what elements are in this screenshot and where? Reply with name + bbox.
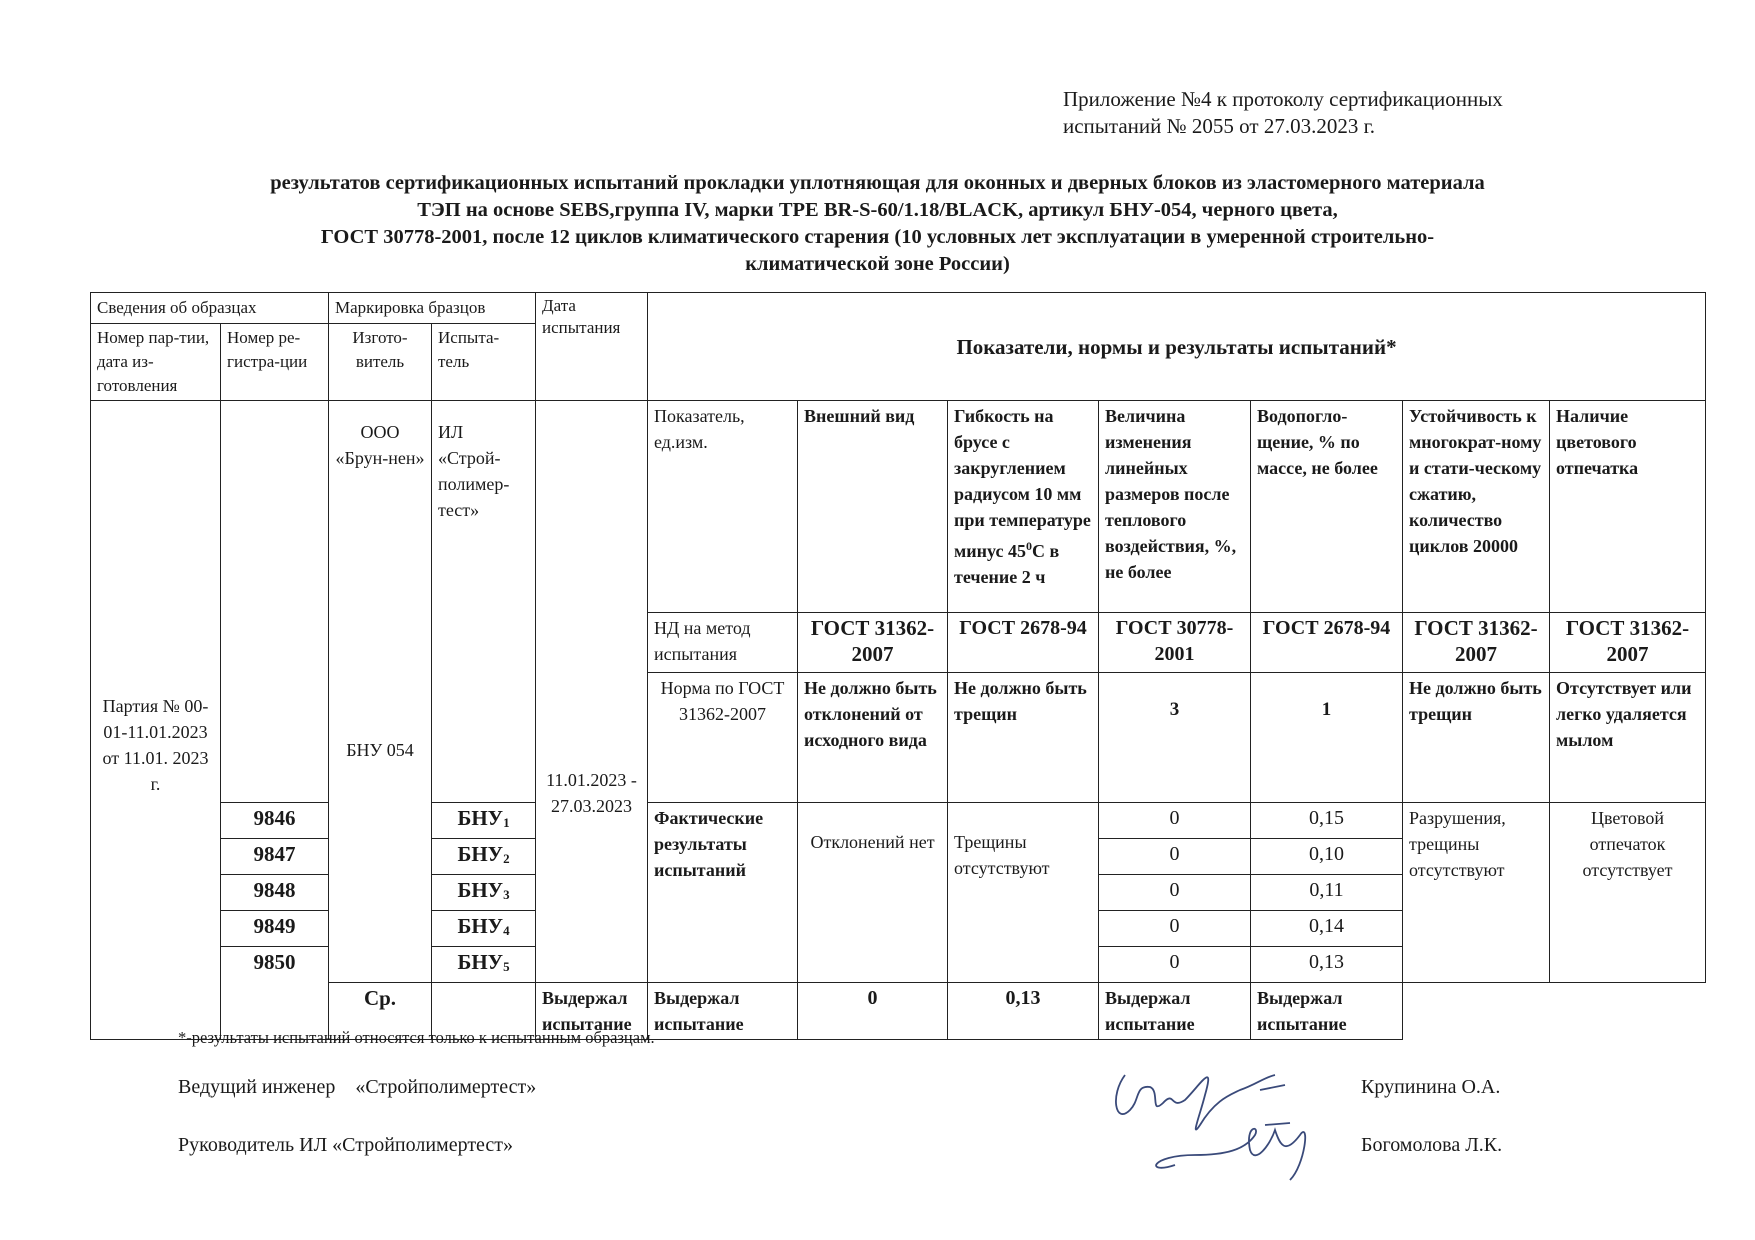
header-test-date: Дата испытания xyxy=(536,293,648,401)
actual-color-print: Цветовой отпечаток отсутствует xyxy=(1550,803,1706,983)
method-linear-change: ГОСТ 30778-2001 xyxy=(1099,613,1251,673)
water-absorption-value: 0,13 xyxy=(1251,947,1403,983)
indicator-water-absorption: Водопогло-щение, % по массе, не более xyxy=(1251,401,1403,613)
annex-line-2: испытаний № 2055 от 27.03.2023 г. xyxy=(1063,113,1503,140)
indicator-color-print: Наличие цветового отпечатка xyxy=(1550,401,1706,613)
sample-code: БНУ3 xyxy=(432,875,536,911)
reg-number: 9850 xyxy=(221,947,329,983)
annex-line-1: Приложение №4 к протоколу сертификационн… xyxy=(1063,86,1503,113)
header-marking: Маркировка бразцов xyxy=(329,293,536,324)
linear-change-value: 0 xyxy=(1099,803,1251,839)
signature-icon xyxy=(1105,1055,1335,1185)
title-line-3: ГОСТ 30778-2001, после 12 циклов климати… xyxy=(100,224,1655,251)
water-absorption-value: 0,14 xyxy=(1251,911,1403,947)
sample-code: БНУ4 xyxy=(432,911,536,947)
linear-change-value: 0 xyxy=(1099,911,1251,947)
header-reg-col: Номер ре-гистра-ции xyxy=(221,324,329,401)
verdict-compression: Выдержал испытание xyxy=(1099,983,1251,1040)
actual-compression: Разрушения, трещины отсутствуют xyxy=(1403,803,1550,983)
linear-change-value: 0 xyxy=(1099,875,1251,911)
annex-reference: Приложение №4 к протоколу сертификационн… xyxy=(1063,86,1503,140)
indicator-compression: Устойчивость к многократ-ному и стати-че… xyxy=(1403,401,1550,613)
linear-change-value: 0 xyxy=(1099,947,1251,983)
linear-change-average: 0 xyxy=(798,983,948,1040)
signatory-role-1: Ведущий инженер «Стройполимертест» xyxy=(178,1076,536,1099)
reg-number: 9847 xyxy=(221,839,329,875)
results-table: Сведения об образцах Маркировка бразцов … xyxy=(90,292,1706,1040)
actual-flexibility: Трещины отсутствуют xyxy=(948,803,1099,983)
indicator-flexibility: Гибкость на брусе с закруглением радиусо… xyxy=(948,401,1099,613)
norm-linear-change: 3 xyxy=(1099,673,1251,803)
water-absorption-average: 0,13 xyxy=(948,983,1099,1040)
reg-number: 9846 xyxy=(221,803,329,839)
method-compression: ГОСТ 31362-2007 xyxy=(1403,613,1550,673)
indicator-appearance: Внешний вид xyxy=(798,401,948,613)
document-title: результатов сертификационных испытаний п… xyxy=(100,170,1655,278)
norm-color-print: Отсутствует или легко удаляется мылом xyxy=(1550,673,1706,803)
linear-change-value: 0 xyxy=(1099,839,1251,875)
title-line-2: ТЭП на основе SEBS,группа IV, марки TPE … xyxy=(100,197,1655,224)
actual-appearance: Отклонений нет xyxy=(798,803,948,983)
actual-row-label: Фактические результаты испытаний xyxy=(648,803,798,983)
indicator-row-label: Показатель, ед.изм. xyxy=(648,401,798,613)
title-line-1: результатов сертификационных испытаний п… xyxy=(100,170,1655,197)
method-row-label: НД на метод испытания xyxy=(648,613,798,673)
date-range: 11.01.2023 - 27.03.2023 xyxy=(546,770,637,816)
maker-name: ООО «Брун-нен» xyxy=(335,419,425,471)
method-appearance: ГОСТ 31362-2007 xyxy=(798,613,948,673)
sample-code: БНУ2 xyxy=(432,839,536,875)
sample-code: БНУ1 xyxy=(432,803,536,839)
tester-cell: ИЛ «Строй-полимер-тест» xyxy=(432,401,536,803)
method-flexibility: ГОСТ 2678-94 xyxy=(948,613,1099,673)
tester-name: ИЛ «Строй-полимер-тест» xyxy=(438,422,509,520)
water-absorption-value: 0,11 xyxy=(1251,875,1403,911)
verdict-color-print: Выдержал испытание xyxy=(1251,983,1403,1040)
signatory-name-2: Богомолова Л.К. xyxy=(1361,1134,1502,1157)
maker-cell: ООО «Брун-нен» БНУ 054 xyxy=(329,401,432,983)
batch-cont-cell xyxy=(91,803,221,1040)
footnote: *-результаты испытаний относятся только … xyxy=(178,1028,655,1048)
norm-row-label: Норма по ГОСТ 31362-2007 xyxy=(648,673,798,803)
reg-empty-cell xyxy=(221,401,329,803)
norm-flexibility: Не должно быть трещин xyxy=(948,673,1099,803)
indicator-linear-change: Величина изменения линейных размеров пос… xyxy=(1099,401,1251,613)
verdict-flexibility: Выдержал испытание xyxy=(648,983,798,1040)
title-line-4: климатической зоне России) xyxy=(100,251,1655,278)
header-tester-col: Испыта-тель xyxy=(432,324,536,401)
water-absorption-value: 0,10 xyxy=(1251,839,1403,875)
reg-number: 9849 xyxy=(221,911,329,947)
signatory-name-1: Крупинина О.А. xyxy=(1361,1076,1500,1099)
header-batch-col: Номер пар-тии, дата из-готовления xyxy=(91,324,221,401)
norm-water-absorption: 1 xyxy=(1251,673,1403,803)
batch-cell: Партия № 00-01-11.01.2023 от 11.01. 2023… xyxy=(91,401,221,803)
date-range-cell: 11.01.2023 - 27.03.2023 xyxy=(536,401,648,983)
signatory-role-2: Руководитель ИЛ «Стройполимертест» xyxy=(178,1134,513,1157)
sample-code: БНУ5 xyxy=(432,947,536,983)
header-indicators: Показатели, нормы и результаты испытаний… xyxy=(648,293,1706,401)
reg-number: 9848 xyxy=(221,875,329,911)
water-absorption-value: 0,15 xyxy=(1251,803,1403,839)
header-maker-col: Изгото-витель xyxy=(329,324,432,401)
method-water-absorption: ГОСТ 2678-94 xyxy=(1251,613,1403,673)
method-color-print: ГОСТ 31362-2007 xyxy=(1550,613,1706,673)
batch-text: Партия № 00-01-11.01.2023 от 11.01. 2023… xyxy=(103,696,209,794)
header-samples-info: Сведения об образцах xyxy=(91,293,329,324)
norm-compression: Не должно быть трещин xyxy=(1403,673,1550,803)
marking-code: БНУ 054 xyxy=(335,737,425,763)
norm-appearance: Не должно быть отклонений от исходного в… xyxy=(798,673,948,803)
